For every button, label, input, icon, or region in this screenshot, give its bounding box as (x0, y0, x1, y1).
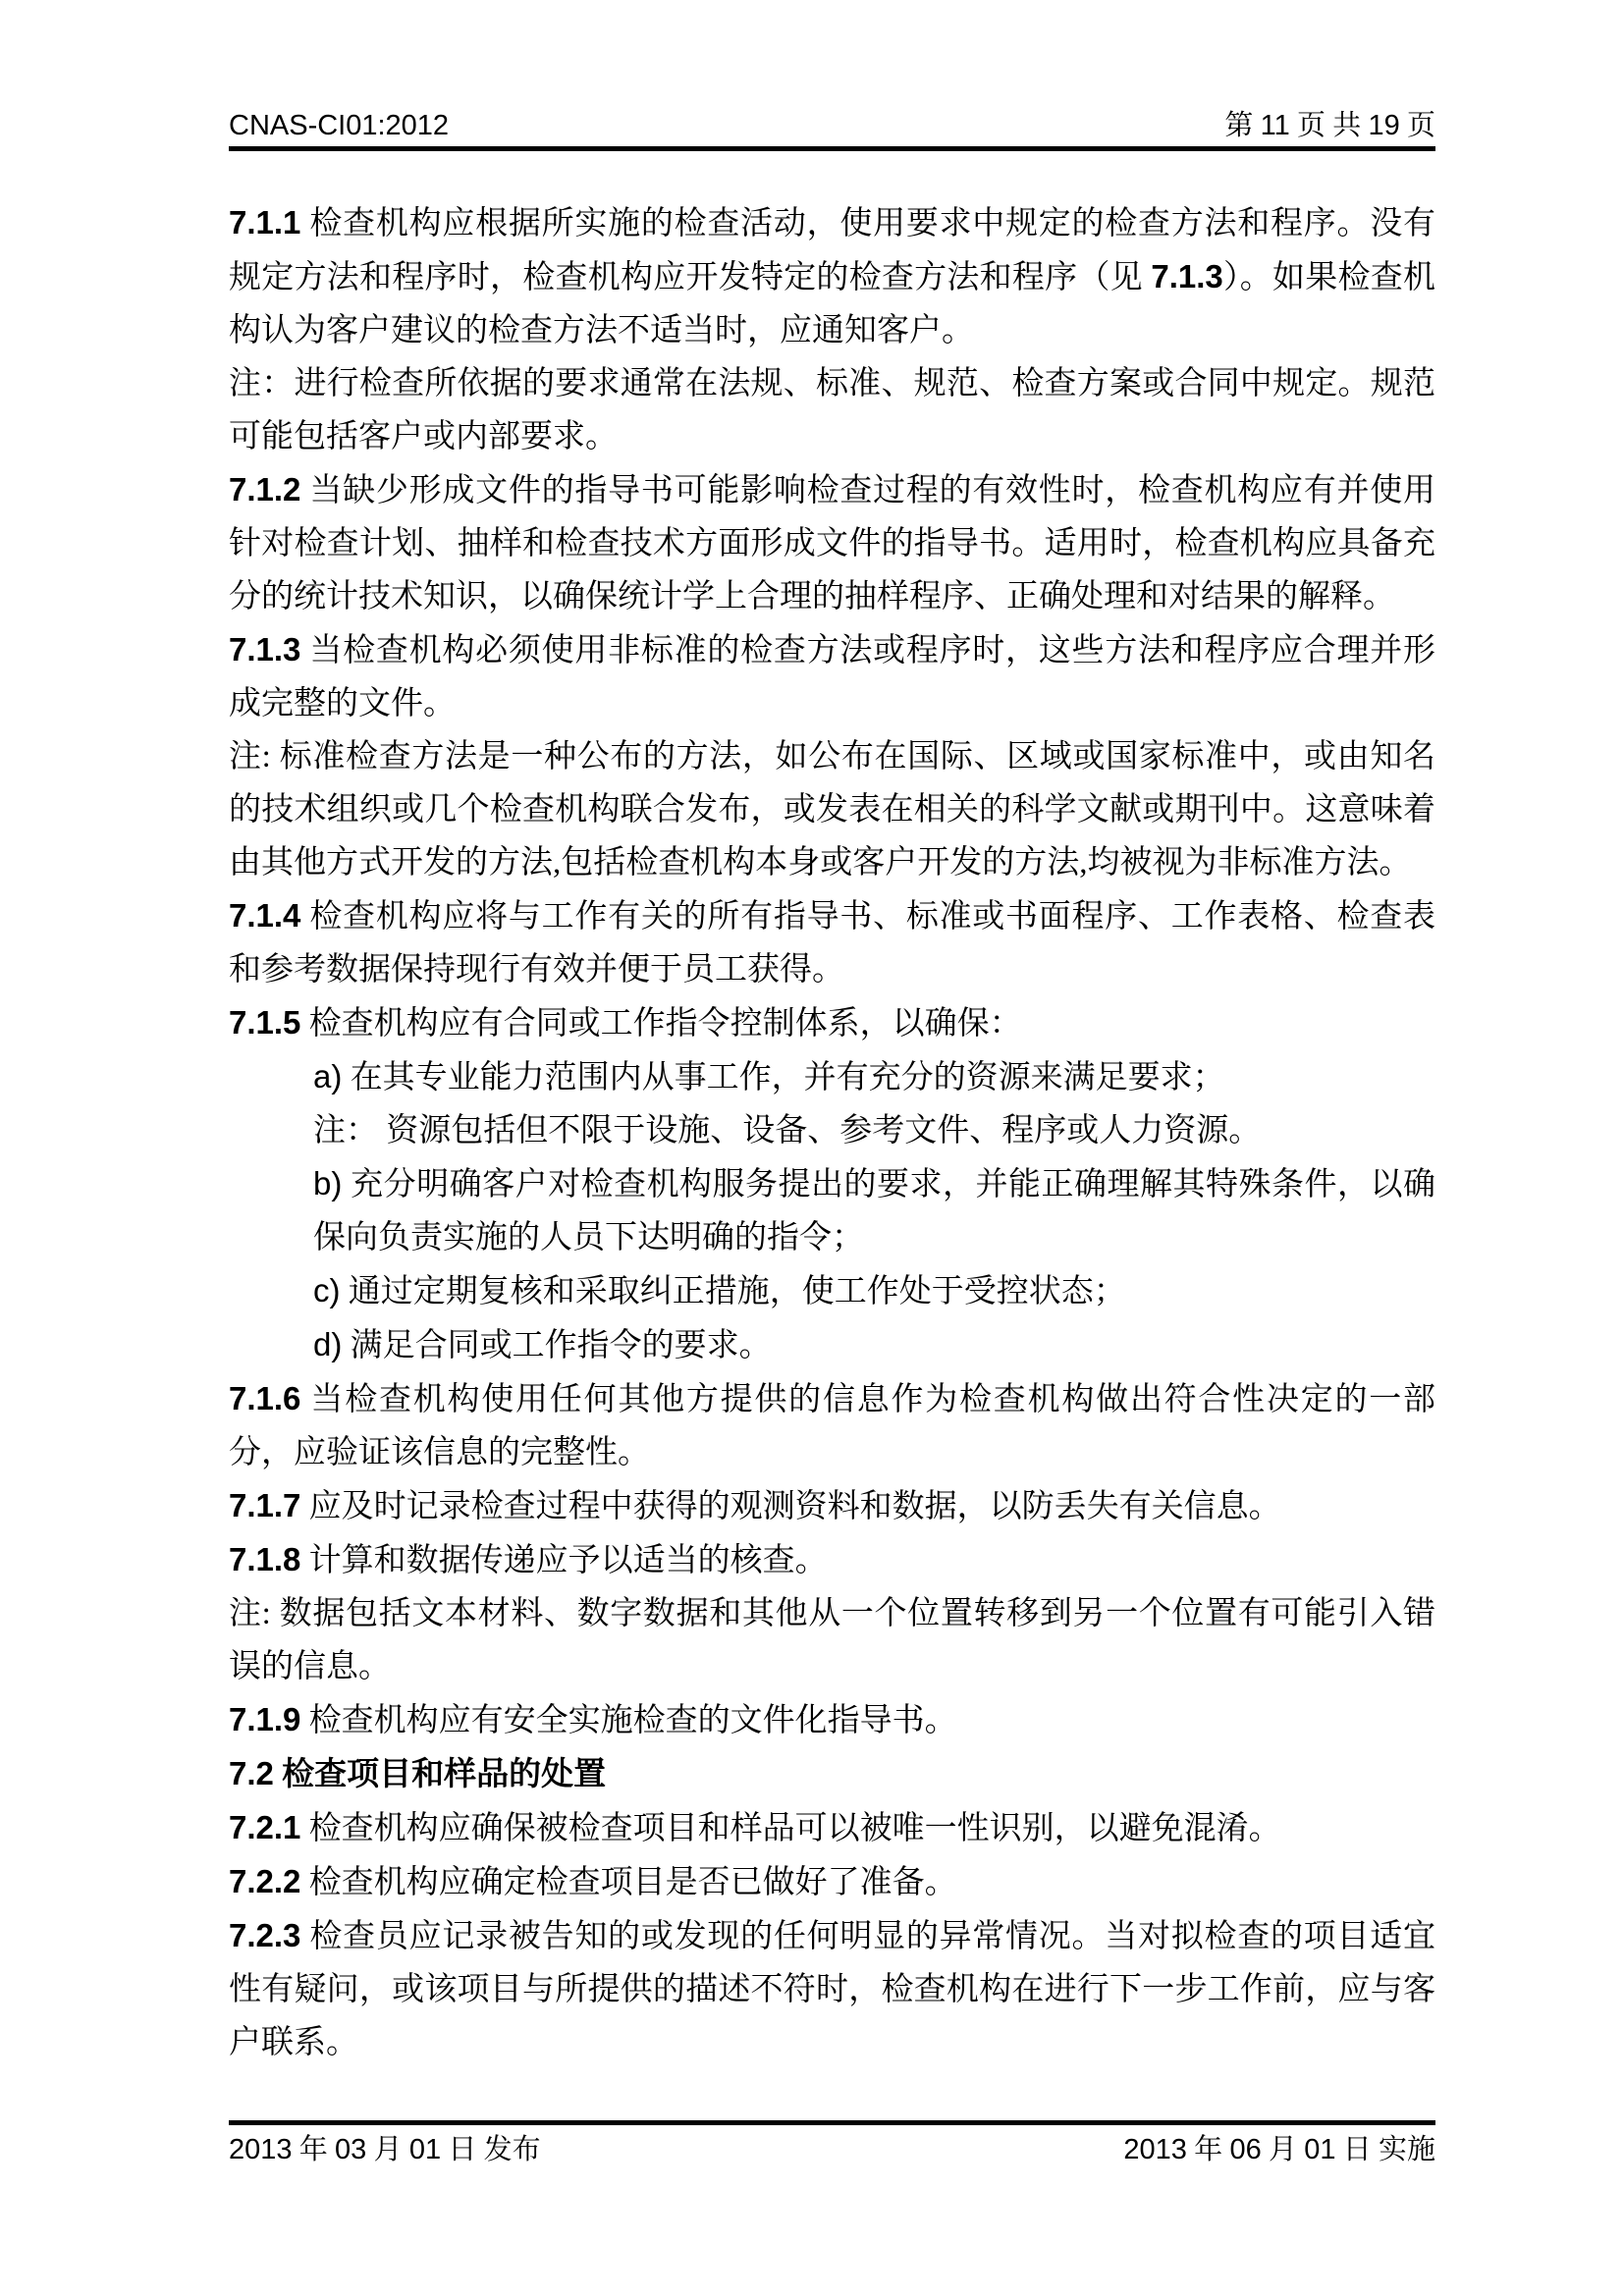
text-segment: 充分明确客户对检查机构服务提出的要求，并能正确理解其特殊条件，以确保向负责实施的… (313, 1167, 1435, 1255)
page-footer: 2013 年 03 月 01 日 发布 2013 年 06 月 01 日 实施 (229, 2130, 1435, 2169)
text-segment: c) (313, 1272, 341, 1308)
text-segment: 7.1.2 (229, 471, 300, 507)
clause-7.1.8: 7.1.8 计算和数据传递应予以适当的核查。 (229, 1533, 1435, 1587)
text-segment: 当缺少形成文件的指导书可能影响检查过程的有效性时，检查机构应有并使用针对检查计划… (229, 473, 1435, 614)
text-segment: 当检查机构使用任何其他方提供的信息作为检查机构做出符合性决定的一部分，应验证该信… (229, 1382, 1435, 1470)
text-segment: 年 (1187, 2134, 1230, 2165)
text-segment: d) (313, 1326, 342, 1362)
text-segment: 检查项目和样品的处置 (274, 1757, 606, 1792)
text-segment: 通过定期复核和采取纠正措施，使工作处于受控状态； (341, 1274, 1126, 1309)
document-page: CNAS-CI01:2012 第 11 页 共 19 页 7.1.1 检查机构应… (0, 0, 1623, 2296)
page-header: CNAS-CI01:2012 第 11 页 共 19 页 (229, 108, 1435, 143)
clause-7.1.3: 7.1.3 当检查机构必须使用非标准的检查方法或程序时，这些方法和程序应合理并形… (229, 623, 1435, 730)
text-segment: 01 (409, 2134, 441, 2165)
implement-date: 2013 年 06 月 01 日 实施 (1123, 2130, 1435, 2169)
text-segment: 检查机构应确定检查项目是否已做好了准备。 (300, 1865, 956, 1900)
text-segment: 2013 (229, 2134, 293, 2165)
text-segment: b) (313, 1165, 342, 1201)
header-divider (229, 146, 1435, 151)
text-segment: 2013 (1123, 2134, 1187, 2165)
text-segment: 月 (1262, 2134, 1305, 2165)
text-segment: a) (313, 1058, 342, 1095)
text-segment: 7.1.8 (229, 1541, 300, 1577)
text-segment: 03 (335, 2134, 366, 2165)
document-code: CNAS-CI01:2012 (229, 108, 449, 143)
clause-7.1.1: 7.1.1 检查机构应根据所实施的检查活动，使用要求中规定的检查方法和程序。没有… (229, 196, 1435, 357)
list-item-a: a) 在其专业能力范围内从事工作，并有充分的资源来满足要求； (229, 1050, 1435, 1104)
note-paragraph: 注：进行检查所依据的要求通常在法规、标准、规范、检查方案或合同中规定。规范可能包… (229, 357, 1435, 463)
clause-7.1.6: 7.1.6 当检查机构使用任何其他方提供的信息作为检查机构做出符合性决定的一部分… (229, 1372, 1435, 1479)
text-segment: 06 (1229, 2134, 1261, 2165)
text-segment: 检查机构应有合同或工作指令控制体系，以确保： (300, 1006, 1021, 1041)
text-segment: 7.2.2 (229, 1863, 300, 1899)
text-segment: 满足合同或工作指令的要求。 (342, 1328, 771, 1363)
text-segment: 7.1.5 (229, 1004, 300, 1041)
text-segment: 注: 标准检查方法是一种公布的方法，如公布在国际、区域或国家标准中，或由知名的技… (229, 739, 1435, 881)
text-segment: 检查员应记录被告知的或发现的任何明显的异常情况。当对拟检查的项目适宜性有疑问，或… (229, 1919, 1435, 2060)
clause-7.1.5: 7.1.5 检查机构应有合同或工作指令控制体系，以确保： (229, 996, 1435, 1050)
text-segment: 7.1.3 (1151, 258, 1222, 294)
text-segment: 注： 资源包括但不限于设施、设备、参考文件、程序或人力资源。 (313, 1113, 1261, 1148)
text-segment: 月 (366, 2134, 409, 2165)
clause-7.2.2: 7.2.2 检查机构应确定检查项目是否已做好了准备。 (229, 1855, 1435, 1909)
text-segment: 19 (1368, 110, 1399, 141)
text-segment: 7.1.9 (229, 1701, 300, 1737)
section-heading-7.2: 7.2 检查项目和样品的处置 (229, 1747, 1435, 1801)
text-segment: 日 发布 (441, 2134, 541, 2165)
clause-7.2.1: 7.2.1 检查机构应确保被检查项目和样品可以被唯一性识别，以避免混淆。 (229, 1801, 1435, 1855)
document-body: 7.1.1 检查机构应根据所实施的检查活动，使用要求中规定的检查方法和程序。没有… (229, 196, 1435, 2069)
clause-7.1.9: 7.1.9 检查机构应有安全实施检查的文件化指导书。 (229, 1693, 1435, 1747)
clause-7.1.7: 7.1.7 应及时记录检查过程中获得的观测资料和数据，以防丢失有关信息。 (229, 1479, 1435, 1533)
text-segment: 页 (1400, 110, 1435, 141)
clause-7.2.3: 7.2.3 检查员应记录被告知的或发现的任何明显的异常情况。当对拟检查的项目适宜… (229, 1909, 1435, 2069)
footer-divider (229, 2120, 1435, 2125)
text-segment: 7.1.3 (229, 631, 300, 667)
text-segment: 01 (1304, 2134, 1335, 2165)
text-segment: 在其专业能力范围内从事工作，并有充分的资源来满足要求； (342, 1060, 1224, 1095)
text-segment: 应及时记录检查过程中获得的观测资料和数据，以防丢失有关信息。 (300, 1489, 1280, 1524)
text-segment: 注：进行检查所依据的要求通常在法规、标准、规范、检查方案或合同中规定。规范可能包… (229, 366, 1435, 454)
text-segment: 第 (1224, 110, 1260, 141)
text-segment: 7.1.4 (229, 897, 300, 934)
text-segment: 7.1.6 (229, 1380, 300, 1416)
text-segment: 检查机构应确保被检查项目和样品可以被唯一性识别，以避免混淆。 (300, 1811, 1280, 1846)
text-segment: 当检查机构必须使用非标准的检查方法或程序时，这些方法和程序应合理并形成完整的文件… (229, 633, 1435, 721)
text-segment: 计算和数据传递应予以适当的核查。 (300, 1543, 827, 1578)
list-item-c: c) 通过定期复核和采取纠正措施，使工作处于受控状态； (229, 1264, 1435, 1318)
text-segment: 检查机构应有安全实施检查的文件化指导书。 (300, 1703, 956, 1738)
list-item-b: b) 充分明确客户对检查机构服务提出的要求，并能正确理解其特殊条件，以确保向负责… (229, 1157, 1435, 1264)
text-segment: 页 共 (1290, 110, 1369, 141)
text-segment: 11 (1261, 110, 1290, 141)
clause-7.1.4: 7.1.4 检查机构应将与工作有关的所有指导书、标准或书面程序、工作表格、检查表… (229, 889, 1435, 996)
text-segment: 注: 数据包括文本材料、数字数据和其他从一个位置转移到另一个位置有可能引入错误的… (229, 1596, 1435, 1684)
text-segment: 7.1.7 (229, 1487, 300, 1523)
list-item-d: d) 满足合同或工作指令的要求。 (229, 1318, 1435, 1372)
text-segment: 日 实施 (1335, 2134, 1435, 2165)
note-paragraph: 注： 资源包括但不限于设施、设备、参考文件、程序或人力资源。 (229, 1104, 1435, 1157)
note-paragraph: 注: 标准检查方法是一种公布的方法，如公布在国际、区域或国家标准中，或由知名的技… (229, 730, 1435, 889)
note-paragraph: 注: 数据包括文本材料、数字数据和其他从一个位置转移到另一个位置有可能引入错误的… (229, 1587, 1435, 1693)
text-segment: 检查机构应将与工作有关的所有指导书、标准或书面程序、工作表格、检查表和参考数据保… (229, 899, 1435, 988)
text-segment: 7.2.3 (229, 1917, 300, 1953)
page-number: 第 11 页 共 19 页 (1224, 108, 1435, 143)
text-segment: 7.1.1 (229, 204, 300, 240)
publish-date: 2013 年 03 月 01 日 发布 (229, 2130, 541, 2169)
text-segment: 年 (293, 2134, 336, 2165)
text-segment: 7.2 (229, 1755, 274, 1791)
clause-7.1.2: 7.1.2 当缺少形成文件的指导书可能影响检查过程的有效性时，检查机构应有并使用… (229, 463, 1435, 623)
text-segment: 7.2.1 (229, 1809, 300, 1845)
